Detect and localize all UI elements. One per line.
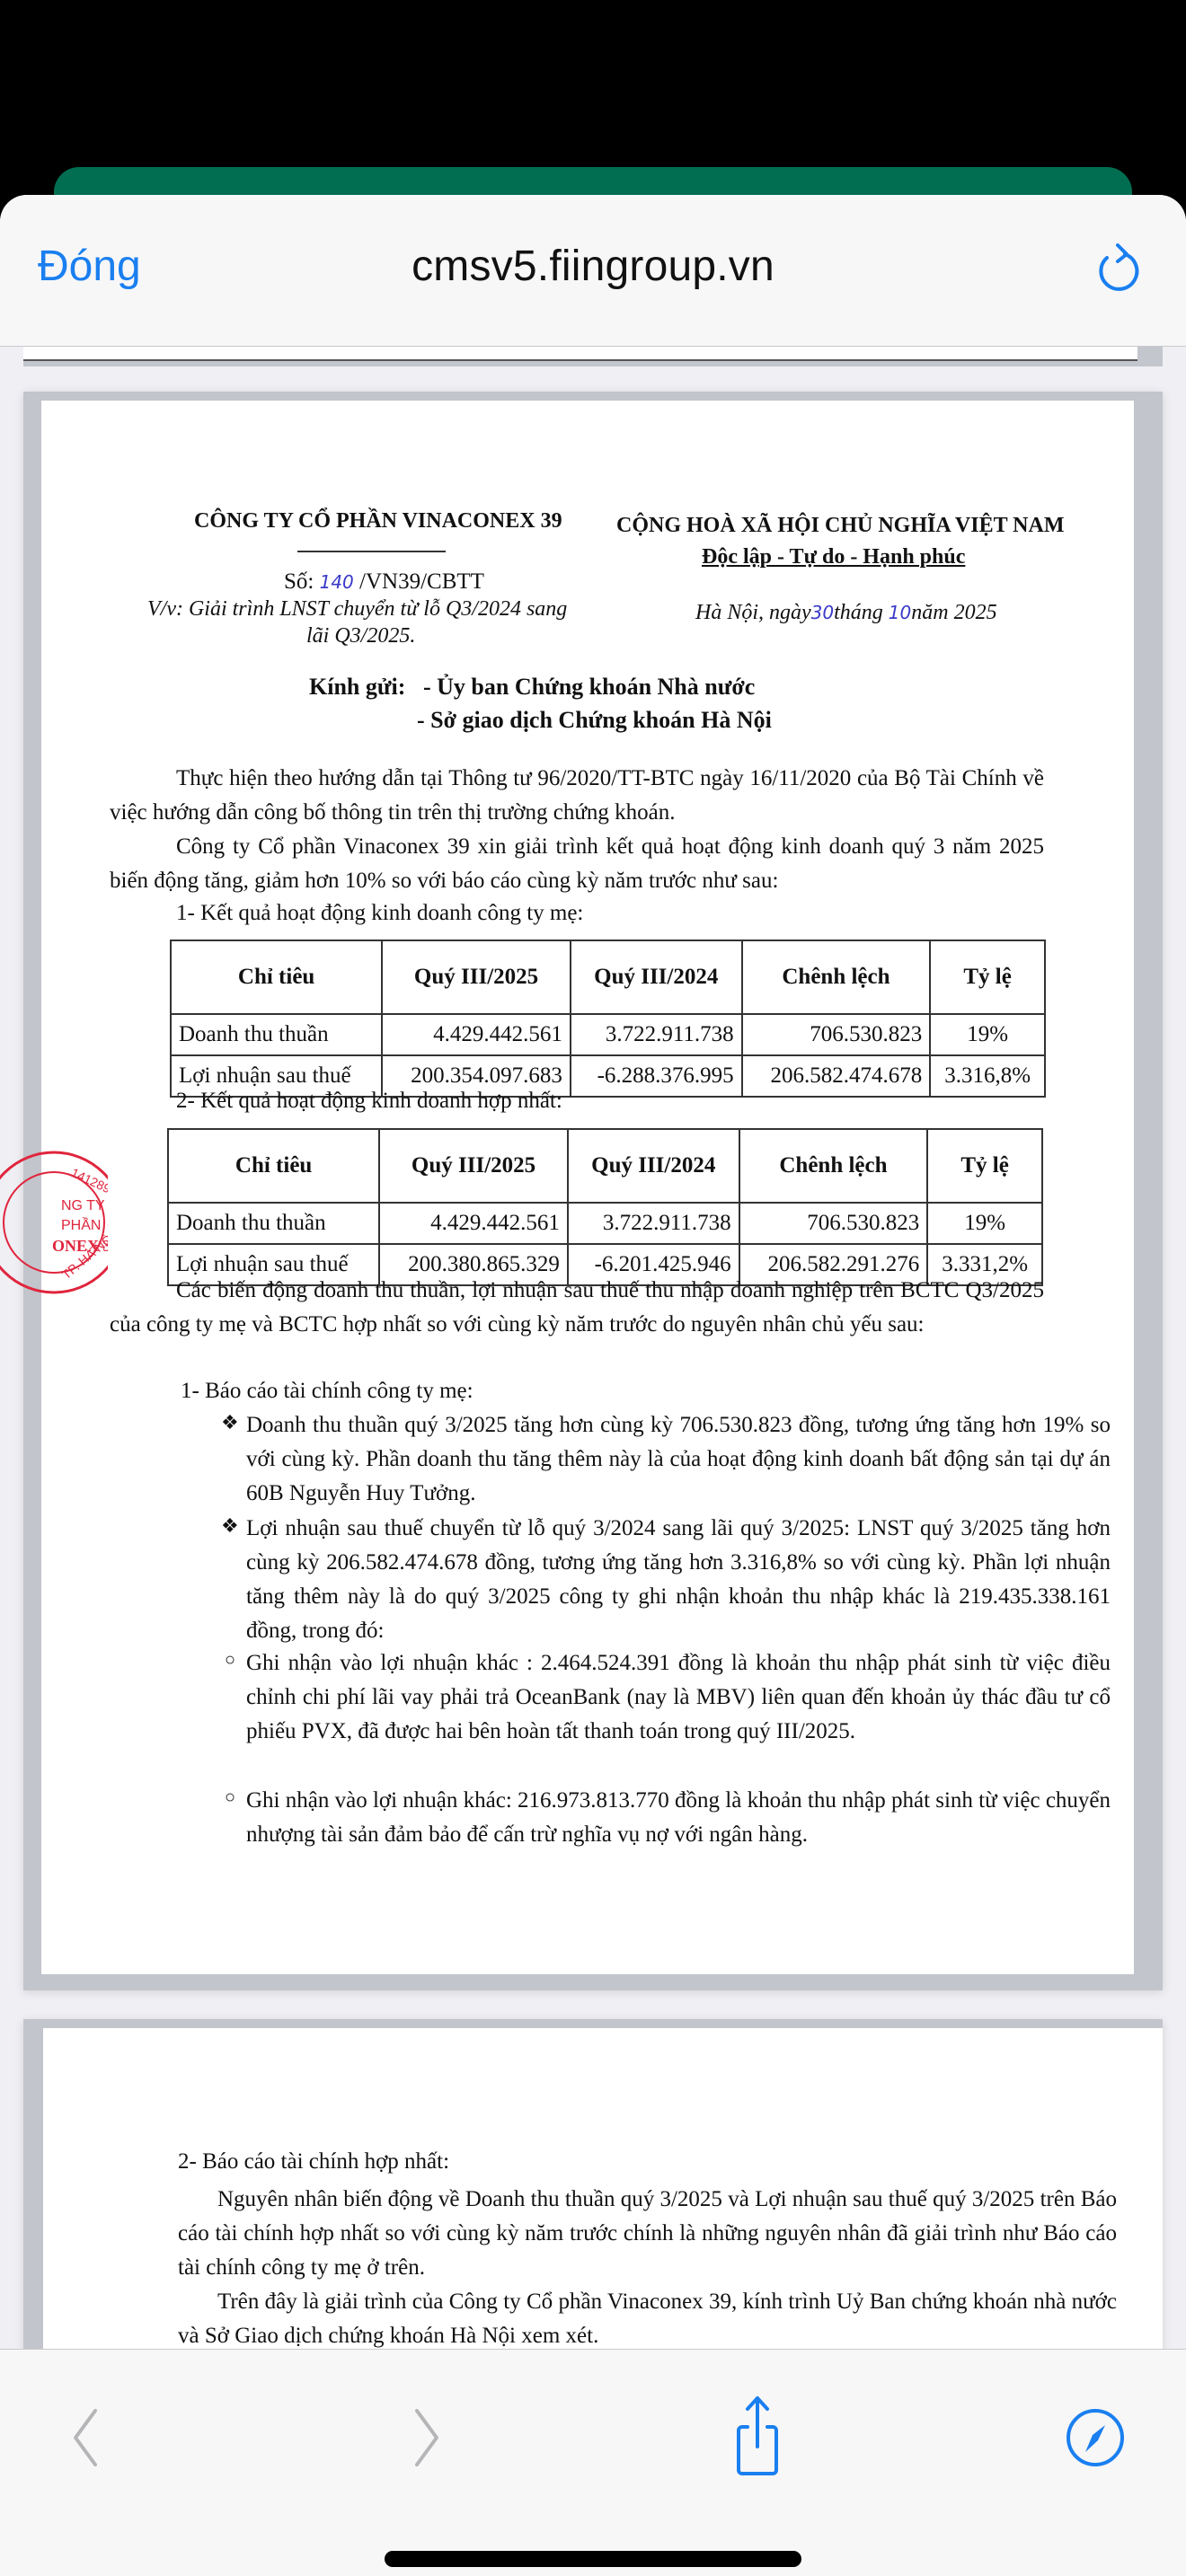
table-cell: -6.288.376.995 xyxy=(571,1055,742,1097)
company-name: CÔNG TY CỔ PHẦN VINACONEX 39 xyxy=(194,508,562,534)
section-1-title: 1- Kết quả hoạt động kinh doanh công ty … xyxy=(176,900,583,927)
bullet-revenue: Doanh thu thuần quý 3/2025 tăng hơn cùng… xyxy=(246,1408,1111,1511)
column-header: Quý III/2025 xyxy=(382,940,571,1014)
document-number: Số: 140 /VN39/CBTT xyxy=(284,569,484,595)
table-row: Doanh thu thuần4.429.442.5613.722.911.73… xyxy=(171,1014,1045,1055)
svg-text:PHẦN: PHẦN xyxy=(61,1216,101,1233)
divider xyxy=(297,551,446,552)
table-cell: 3.722.911.738 xyxy=(568,1203,739,1244)
bottom-toolbar xyxy=(0,2349,1186,2576)
pdf-page-2: 2- Báo cáo tài chính hợp nhất: Nguyên nh… xyxy=(23,2019,1163,2349)
column-header: Tỷ lệ xyxy=(930,940,1045,1014)
bullet-diamond-icon: ❖ xyxy=(221,1411,239,1434)
document-date: Hà Nội, ngày30tháng 10năm 2025 xyxy=(695,600,997,626)
svg-text:ONEX 39: ONEX 39 xyxy=(52,1237,108,1255)
page-2-section-title: 2- Báo cáo tài chính hợp nhất: xyxy=(178,2148,449,2175)
table-cell: 206.582.474.678 xyxy=(742,1055,931,1097)
bullet-circle-icon: ○ xyxy=(225,1786,235,1808)
page-2-paragraph-2: Trên đây là giải trình của Công ty Cổ ph… xyxy=(178,2285,1117,2349)
table-cell: 3.316,8% xyxy=(930,1055,1045,1097)
column-header: Quý III/2025 xyxy=(379,1129,568,1203)
nation-header: CỘNG HOÀ XÃ HỘI CHỦ NGHĨA VIỆT NAM xyxy=(616,513,1065,539)
table-cell: 706.530.823 xyxy=(739,1203,928,1244)
table-cell: 19% xyxy=(927,1203,1042,1244)
bullet-circle-icon: ○ xyxy=(225,1649,235,1671)
compass-icon[interactable] xyxy=(1064,2402,1127,2474)
reload-icon[interactable] xyxy=(1093,242,1143,296)
table-row: Doanh thu thuần4.429.442.5613.722.911.73… xyxy=(168,1203,1042,1244)
pdf-page-1: CÔNG TY CỔ PHẦN VINACONEX 39 Số: 140 /VN… xyxy=(23,392,1163,1990)
column-header: Quý III/2024 xyxy=(571,940,742,1014)
column-header: Tỷ lệ xyxy=(927,1129,1042,1203)
motto: Độc lập - Tự do - Hạnh phúc xyxy=(702,544,965,570)
reason-1-title: 1- Báo cáo tài chính công ty mẹ: xyxy=(181,1378,474,1405)
bullet-diamond-icon: ❖ xyxy=(221,1514,239,1538)
table-cell: 706.530.823 xyxy=(742,1014,931,1055)
table-cell: Doanh thu thuần xyxy=(171,1014,382,1055)
page-2-paragraph-1: Nguyên nhân biến động về Doanh thu thuần… xyxy=(178,2183,1117,2285)
home-indicator xyxy=(385,2551,801,2567)
reasons-intro: Các biến động doanh thu thuần, lợi nhuận… xyxy=(110,1274,1044,1342)
subject-line-2: lãi Q3/2025. xyxy=(306,623,415,649)
section-2-title: 2- Kết quả hoạt động kinh doanh hợp nhất… xyxy=(176,1088,562,1115)
chevron-right-icon[interactable] xyxy=(394,2402,456,2474)
consolidated-results-table: Chỉ tiêuQuý III/2025Quý III/2024Chênh lệ… xyxy=(167,1128,1043,1286)
table-cell: 3.722.911.738 xyxy=(571,1014,742,1055)
intro-paragraph-2: Công ty Cổ phần Vinaconex 39 xin giải tr… xyxy=(110,830,1044,898)
table-cell: 19% xyxy=(930,1014,1045,1055)
sub-bullet-asset-transfer: Ghi nhận vào lợi nhuận khác: 216.973.813… xyxy=(246,1784,1111,1852)
bullet-profit: Lợi nhuận sau thuế chuyển từ lỗ quý 3/20… xyxy=(246,1512,1111,1648)
chevron-left-icon[interactable] xyxy=(56,2402,119,2474)
table-cell: 4.429.442.561 xyxy=(382,1014,571,1055)
recipients-label: Kính gửi: xyxy=(309,673,405,701)
previous-page-edge xyxy=(23,347,1163,366)
parent-results-table: Chỉ tiêuQuý III/2025Quý III/2024Chênh lệ… xyxy=(170,940,1046,1098)
page-paper: 2- Báo cáo tài chính hợp nhất: Nguyên nh… xyxy=(43,2028,1163,2349)
table-header-row: Chỉ tiêuQuý III/2025Quý III/2024Chênh lệ… xyxy=(168,1129,1042,1203)
recipient-2: - Sở giao dịch Chứng khoán Hà Nội xyxy=(417,706,772,734)
column-header: Chênh lệch xyxy=(742,940,931,1014)
browser-sheet: Đóng cmsv5.fiingroup.vn CÔNG TY CỔ PHẦN … xyxy=(0,195,1186,2576)
table-cell: 4.429.442.561 xyxy=(379,1203,568,1244)
subject-line-1: V/v: Giải trình LNST chuyển từ lỗ Q3/202… xyxy=(147,596,567,622)
navigation-bar: Đóng cmsv5.fiingroup.vn xyxy=(0,195,1186,347)
column-header: Chỉ tiêu xyxy=(168,1129,379,1203)
sub-bullet-oceanbank: Ghi nhận vào lợi nhuận khác : 2.464.524.… xyxy=(246,1646,1111,1749)
page-paper: CÔNG TY CỔ PHẦN VINACONEX 39 Số: 140 /VN… xyxy=(41,401,1134,1974)
column-header: Chỉ tiêu xyxy=(171,940,382,1014)
pdf-viewer[interactable]: CÔNG TY CỔ PHẦN VINACONEX 39 Số: 140 /VN… xyxy=(0,347,1186,2349)
column-header: Chênh lệch xyxy=(739,1129,928,1203)
url-title: cmsv5.fiingroup.vn xyxy=(0,242,1186,291)
column-header: Quý III/2024 xyxy=(568,1129,739,1203)
table-cell: Doanh thu thuần xyxy=(168,1203,379,1244)
intro-paragraph-1: Thực hiện theo hướng dẫn tại Thông tư 96… xyxy=(110,762,1044,830)
share-icon[interactable] xyxy=(726,2393,789,2479)
company-stamp: 141289 - C.T.C.P ★ TP. HÀ NỘI NG TY PHẦN… xyxy=(0,1149,108,1296)
svg-text:NG TY: NG TY xyxy=(61,1198,105,1213)
recipient-1: - Ủy ban Chứng khoán Nhà nước xyxy=(423,673,755,701)
table-header-row: Chỉ tiêuQuý III/2025Quý III/2024Chênh lệ… xyxy=(171,940,1045,1014)
